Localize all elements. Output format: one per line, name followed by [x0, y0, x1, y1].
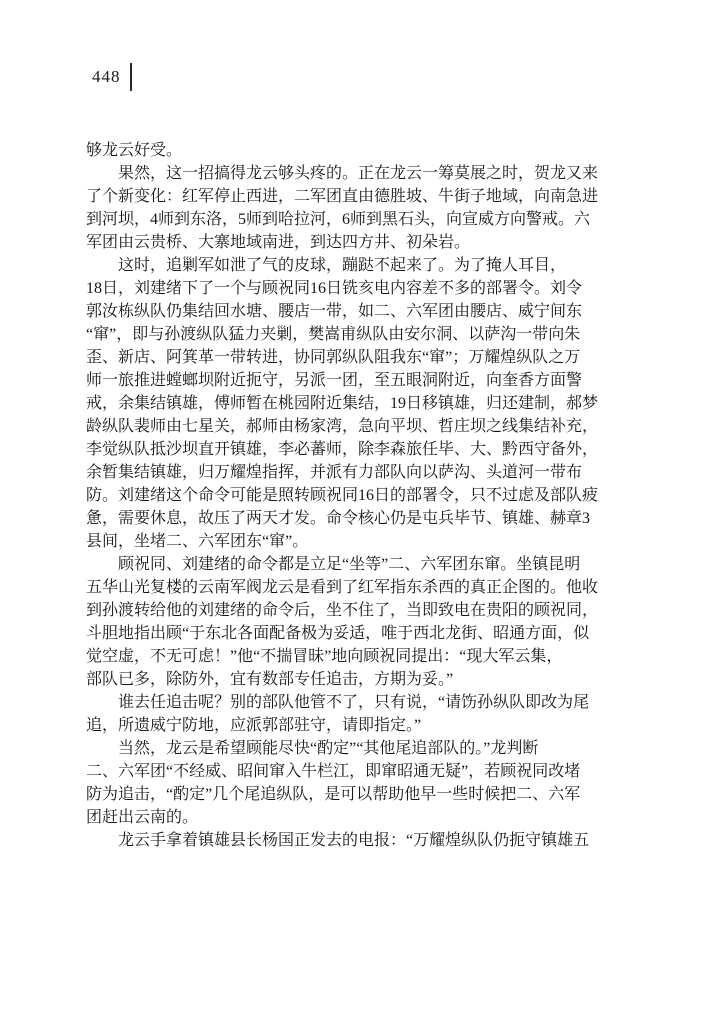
text-line: 李觉纵队抵沙坝直开镇雄，李必蕃师，除李森旅任毕、大、黔西守备外， — [86, 438, 635, 461]
text-line: 了个新变化：红军停止西进，二军团直由德胜坡、牛街子地域，向南急进 — [86, 185, 635, 208]
page-number-divider — [130, 63, 132, 91]
text-line: 五华山光复楼的云南军阀龙云是看到了红军指东杀西的真正企图的。他收 — [86, 576, 635, 599]
text-line: 戒，余集结镇雄，傅师暂在桃园附近集结，19日移镇雄，归还建制，郝梦 — [86, 392, 635, 415]
book-page: 448 够龙云好受。果然，这一招搞得龙云够头疼的。正在龙云一筹莫展之时，贺龙又来… — [0, 0, 715, 1010]
body-text-block: 够龙云好受。果然，这一招搞得龙云够头疼的。正在龙云一筹莫展之时，贺龙又来了个新变… — [86, 139, 635, 852]
text-line: 二、六军团“不经威、昭间窜入牛栏江，即窜昭通无疑”，若顾祝同改堵 — [86, 760, 635, 783]
text-line: 防。刘建绪这个命令可能是照转顾祝同16日的部署令，只不过虑及部队疲 — [86, 484, 635, 507]
text-line: 余暂集结镇雄，归万耀煌指挥，并派有力部队向以萨沟、头道河一带布 — [86, 461, 635, 484]
text-line: 够龙云好受。 — [86, 139, 635, 162]
text-line: 顾祝同、刘建绪的命令都是立足“坐等”二、六军团东窜。坐镇昆明 — [86, 553, 635, 576]
text-line: 歪、新店、阿箕革一带转进，协同郭纵队阻我东“窜”；万耀煌纵队之万 — [86, 346, 635, 369]
text-line: 部队已多，除防外，宜有数部专任追击，方期为妥。” — [86, 668, 635, 691]
text-line: 到河坝，4师到东洛，5师到哈拉河，6师到黑石头，向宣威方向警戒。六 — [86, 208, 635, 231]
text-line: 谁去任追击呢？别的部队他管不了，只有说，“请饬孙纵队即改为尾 — [86, 691, 635, 714]
page-header: 448 — [92, 63, 132, 91]
text-line: 到孙渡转给他的刘建绪的命令后，坐不住了，当即致电在贵阳的顾祝同， — [86, 599, 635, 622]
text-line: 果然，这一招搞得龙云够头疼的。正在龙云一筹莫展之时，贺龙又来 — [86, 162, 635, 185]
text-line: 龙云手拿着镇雄县长杨国正发去的电报：“万耀煌纵队仍扼守镇雄五 — [86, 829, 635, 852]
text-line: 师一旅推进螳螂坝附近扼守，另派一团，至五眼洞附近，向奎香方面警 — [86, 369, 635, 392]
text-line: 这时，追剿军如泄了气的皮球，蹦跶不起来了。为了掩人耳目， — [86, 254, 635, 277]
text-line: 18日，刘建绪下了一个与顾祝同16日铣亥电内容差不多的部署令。刘令 — [86, 277, 635, 300]
text-line: 龄纵队裴师由七星关，郝师由杨家湾，急向平坝、哲庄坝之线集结补充， — [86, 415, 635, 438]
text-line: “窜”，即与孙渡纵队猛力夹剿，樊嵩甫纵队由安尔洞、以萨沟一带向朱 — [86, 323, 635, 346]
text-line: 惫，需要休息，故压了两天才发。命令核心仍是屯兵毕节、镇雄、赫章3 — [86, 507, 635, 530]
text-line: 郭汝栋纵队仍集结回水塘、腰店一带，如二、六军团由腰店、威宁间东 — [86, 300, 635, 323]
text-line: 军团由云贵桥、大寨地域南进，到达四方井、初朵岩。 — [86, 231, 635, 254]
text-line: 当然，龙云是希望顾能尽快“酌定”“其他尾追部队的。”龙判断 — [86, 737, 635, 760]
text-line: 团赶出云南的。 — [86, 806, 635, 829]
text-line: 斗胆地指出顾“于东北各面配备极为妥适，唯于西北龙街、昭通方面，似 — [86, 622, 635, 645]
text-line: 觉空虚，不无可虑！”他“不揣冒昧”地向顾祝同提出：“现大军云集， — [86, 645, 635, 668]
page-number: 448 — [92, 67, 121, 87]
text-line: 防为追击，“酌定”几个尾追纵队，是可以帮助他早一些时候把二、六军 — [86, 783, 635, 806]
text-line: 追，所遗威宁防地，应派郭部驻守，请即指定。” — [86, 714, 635, 737]
text-line: 县间，坐堵二、六军团东“窜”。 — [86, 530, 635, 553]
